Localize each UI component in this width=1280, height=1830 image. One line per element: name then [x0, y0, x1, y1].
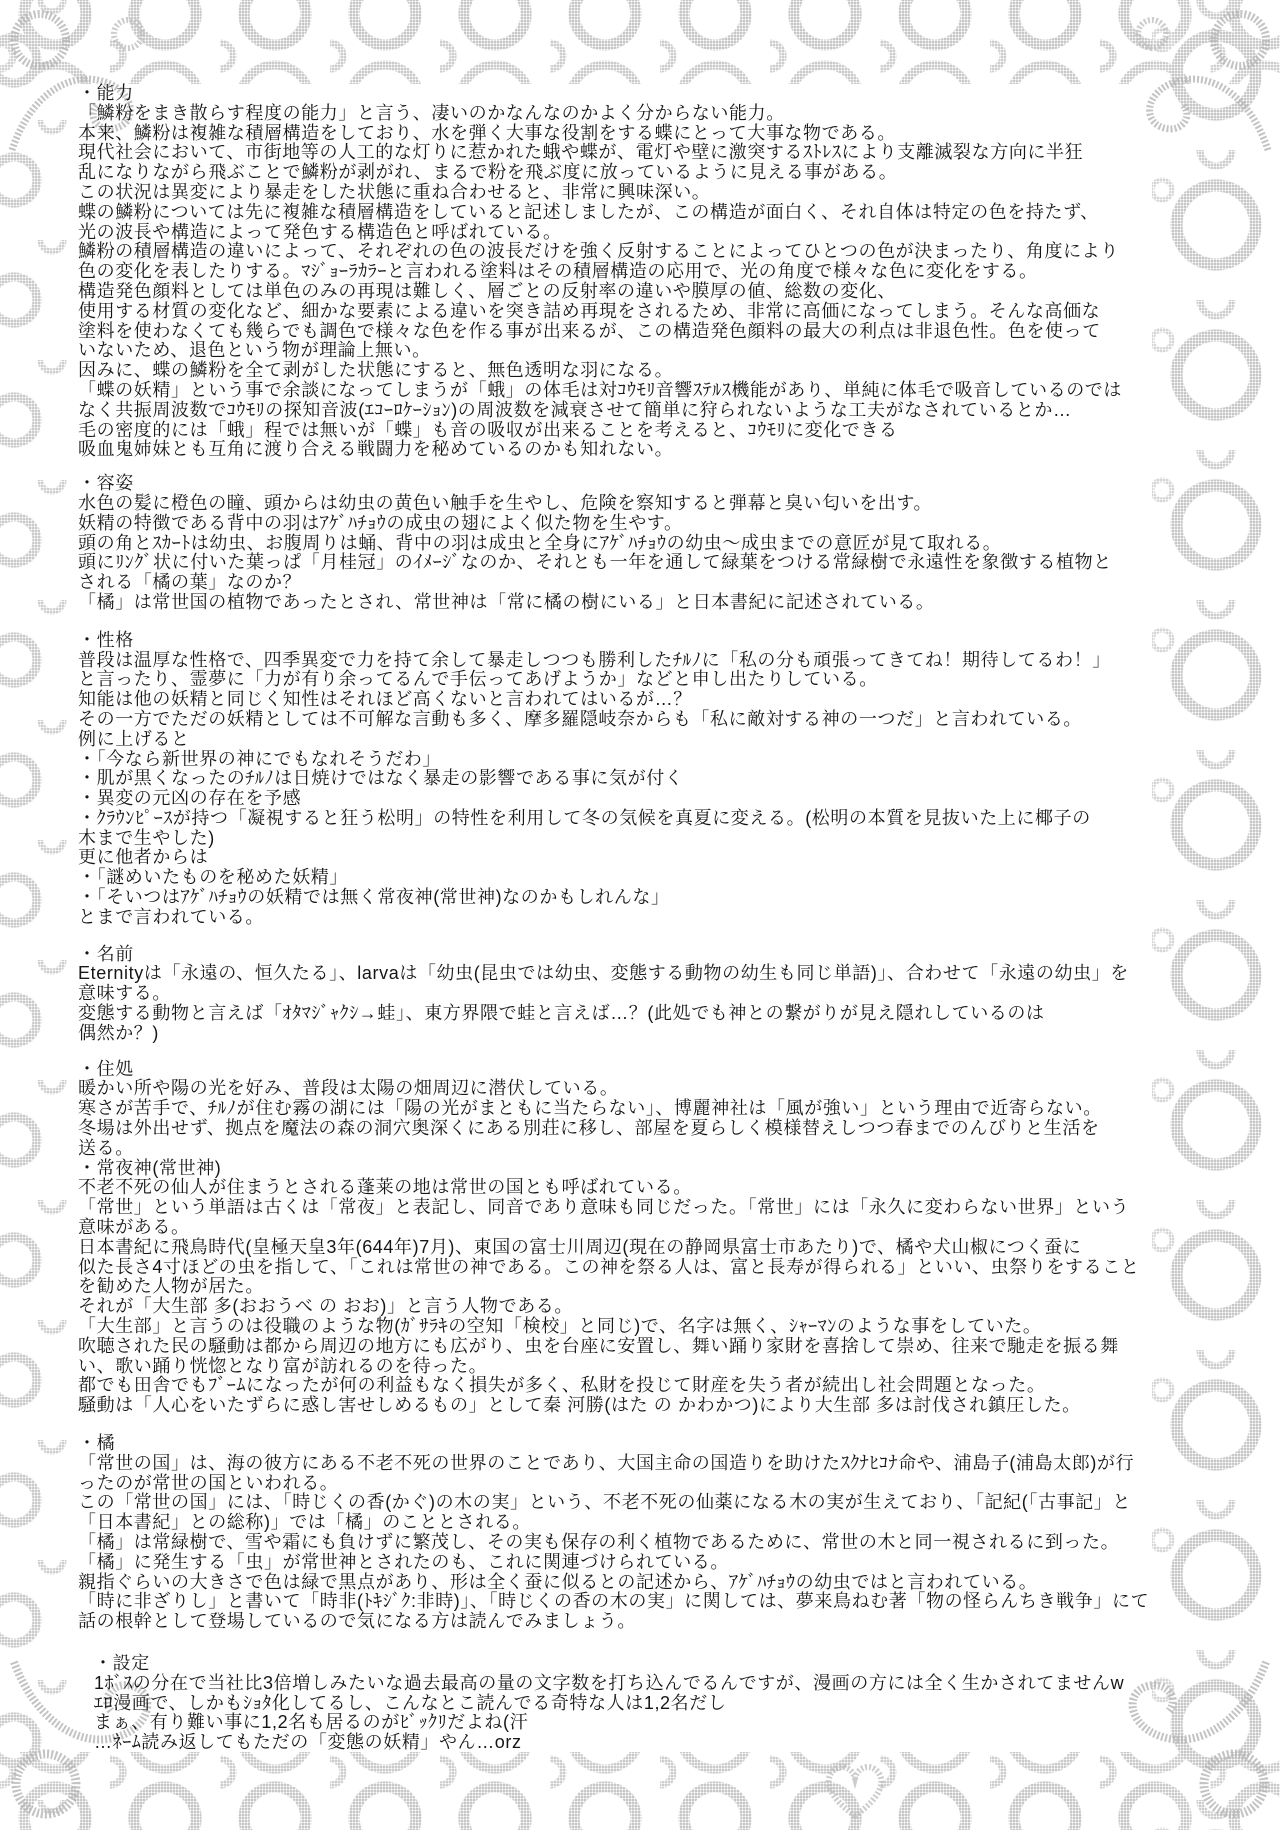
section-text: 普段は温厚な性格で、四季異変で力を持て余して暴走しつつも勝利したﾁﾙﾉに「私の分…	[78, 651, 1172, 928]
section-nouryoku: ・能力「鱗粉をまき散らす程度の能力」と言う、凄いのかなんなのかよく分からない能力…	[78, 84, 1172, 460]
section-namae: ・名前Eternityは「永遠の、恒久たる」、larvaは「幼虫(昆虫では幼虫、…	[78, 945, 1172, 1044]
section-heading: ・設定	[94, 1654, 1172, 1674]
section-heading: ・住処	[78, 1060, 1172, 1080]
document-body: ・能力「鱗粉をまき散らす程度の能力」と言う、凄いのかなんなのかよく分からない能力…	[78, 84, 1172, 1753]
section-heading: ・容姿	[78, 474, 1172, 494]
section-text: 不老不死の仙人が住まうとされる蓬莱の地は常世の国とも呼ばれている。 「常世」とい…	[78, 1178, 1172, 1416]
section-tokoyonokami: ・常夜神(常世神)不老不死の仙人が住まうとされる蓬莱の地は常世の国とも呼ばれてい…	[78, 1159, 1172, 1416]
heart-ornament-icon	[820, 1760, 890, 1822]
ornamental-border-left	[0, 0, 70, 1830]
section-heading: ・名前	[78, 945, 1172, 965]
section-heading: ・常夜神(常世神)	[78, 1159, 1172, 1179]
section-text: 暖かい所や陽の光を好み、普段は太陽の畑周辺に潜伏している。 寒さが苦手で、ﾁﾙﾉ…	[78, 1079, 1172, 1158]
section-seikaku: ・性格普段は温厚な性格で、四季異変で力を持て余して暴走しつつも勝利したﾁﾙﾉに「…	[78, 631, 1172, 928]
section-sumika: ・住処暖かい所や陽の光を好み、普段は太陽の畑周辺に潜伏している。 寒さが苦手で、…	[78, 1060, 1172, 1159]
section-text: Eternityは「永遠の、恒久たる」、larvaは「幼虫(昆虫では幼虫、変態す…	[78, 964, 1172, 1043]
section-text: 「鱗粉をまき散らす程度の能力」と言う、凄いのかなんなのかよく分からない能力。 本…	[78, 104, 1172, 460]
section-tachibana: ・橘「常世の国」は、海の彼方にある不老不死の世界のことであり、大国主命の国造りを…	[78, 1434, 1172, 1632]
section-settei: ・設定1ﾎﾞｽの分在で当社比3倍増しみたいな過去最高の量の文字数を打ち込んでるん…	[78, 1654, 1172, 1753]
section-heading: ・能力	[78, 84, 1172, 104]
ornamental-border-top	[0, 0, 1280, 84]
section-youshi: ・容姿水色の髪に橙色の瞳、頭からは幼虫の黄色い触手を生やし、危険を察知すると弾幕…	[78, 474, 1172, 613]
section-heading: ・橘	[78, 1434, 1172, 1454]
section-heading: ・性格	[78, 631, 1172, 651]
ornamental-border-bottom	[0, 1752, 1280, 1830]
section-text: 「常世の国」は、海の彼方にある不老不死の世界のことであり、大国主命の国造りを助け…	[78, 1454, 1172, 1632]
section-text: 水色の髪に橙色の瞳、頭からは幼虫の黄色い触手を生やし、危険を察知すると弾幕と臭い…	[78, 494, 1172, 613]
section-text: 1ﾎﾞｽの分在で当社比3倍増しみたいな過去最高の量の文字数を打ち込んでるんですが…	[94, 1674, 1172, 1753]
